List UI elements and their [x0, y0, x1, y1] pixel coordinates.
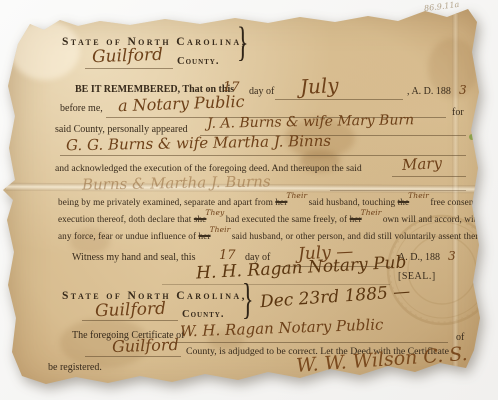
document-paper-wrap: State of North Carolina, } Guilford Coun…	[0, 0, 498, 400]
acknowledged-text: and acknowledged the execution of the fo…	[55, 163, 362, 174]
exam-text: own will and accord, without	[383, 214, 493, 224]
section1-county-label: County.	[177, 56, 220, 67]
section2-county-handwritten: Guilford	[95, 299, 167, 321]
section2-brace: }	[242, 277, 254, 326]
interlinear-correction: They	[205, 208, 224, 217]
month-handwritten: July	[299, 73, 339, 99]
ad-label: , A. D. 188	[407, 86, 451, 97]
section1-brace: }	[237, 22, 249, 68]
month-rule	[275, 99, 403, 100]
for-label: for	[452, 107, 464, 118]
exam-text: said husband, touching	[309, 197, 396, 207]
said-name-rule	[392, 176, 466, 177]
exam-text: had executed the same freely, of	[226, 214, 347, 224]
year-digit-handwritten: 3	[459, 83, 467, 97]
fold-highlight	[10, 20, 80, 80]
exam-text: free consent in the	[430, 197, 498, 207]
appeared-label: said County, personally appeared	[55, 124, 188, 135]
green-speck	[469, 134, 475, 140]
interlinear-correction: Their	[361, 208, 382, 217]
section1-county-handwritten: Guilford	[92, 45, 164, 67]
of-label: of	[456, 332, 464, 343]
before-me-label: before me,	[60, 103, 103, 114]
exam-text: any force, fear or undue influence of	[58, 231, 196, 241]
registered-text: be registered.	[48, 362, 102, 373]
struck-word: her	[350, 214, 362, 224]
said-name-inline: Mary	[402, 154, 443, 174]
photo-background: 86.9.11a	[0, 0, 498, 400]
exam-text: being by me privately examined, separate…	[58, 197, 273, 207]
said-name-line-faded: Burns & Martha J. Burns	[82, 172, 271, 193]
exam-line-3: any force, fear or undue influence of he…	[58, 231, 492, 241]
section2-county-label: County.	[182, 309, 225, 320]
day-of-label: day of	[249, 86, 274, 97]
struck-word: her	[199, 231, 211, 241]
exam-line-1: being by me privately examined, separate…	[58, 197, 498, 207]
witness-text: Witness my hand and seal, this	[72, 252, 195, 263]
county-rule	[85, 68, 173, 69]
document-paper: State of North Carolina, } Guilford Coun…	[0, 0, 498, 400]
county2-handwritten: Guilford	[112, 335, 179, 356]
exam-text: execution thereof, doth declare that	[58, 214, 191, 224]
interlinear-correction: Their	[286, 191, 307, 200]
said-line-rule	[330, 190, 466, 191]
witness-year-digit: 3	[448, 249, 456, 263]
exam-text: said husband, or other person, and did s…	[232, 231, 493, 241]
interlinear-correction: Their	[408, 191, 429, 200]
exam-line-2: execution thereof, doth declare that she…	[58, 214, 493, 224]
section2-county-rule	[82, 320, 178, 321]
county2-rule	[85, 356, 181, 357]
printed-seal-label: [SEAL.]	[398, 271, 436, 282]
certifier-rule	[172, 342, 448, 343]
interlinear-correction: Their	[210, 225, 231, 234]
